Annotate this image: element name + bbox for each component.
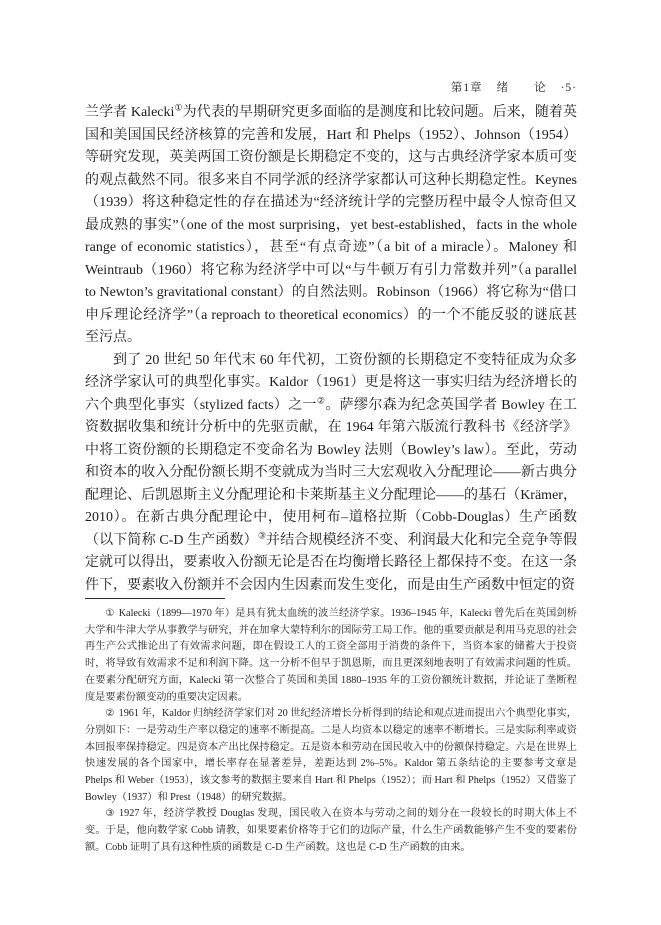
chapter-title: 绪 论: [497, 82, 547, 94]
body-paragraph-2: 到了 20 世纪 50 年代末 60 年代初，工资份额的长期稳定不变特征成为众多…: [85, 350, 577, 598]
footnotes-block: ①Kalecki（1899—1970 年）是具有犹太血统的波兰经济学家。1936…: [85, 606, 577, 857]
body-paragraph-1: 兰学者 Kalecki①为代表的早期研究更多面临的是测度和比较问题。后来，随着英…: [85, 102, 577, 350]
footnote-separator: [85, 598, 225, 599]
footnote-3: ③1927 年，经济学教授 Douglas 发现，国民收入在资本与劳动之间的划分…: [85, 806, 577, 856]
footnote-2-text: 1961 年，Kaldor 归纳经济学家们对 20 世纪经济增长分析得到的结论和…: [85, 708, 577, 803]
running-header: 第1章绪 论·5·: [85, 79, 577, 95]
footnote-2: ②1961 年，Kaldor 归纳经济学家们对 20 世纪经济增长分析得到的结论…: [85, 706, 577, 806]
footnote-1: ①Kalecki（1899—1970 年）是具有犹太血统的波兰经济学家。1936…: [85, 606, 577, 706]
book-page: 第1章绪 论·5· 兰学者 Kalecki①为代表的早期研究更多面临的是测度和比…: [0, 0, 661, 925]
body-text-block: 兰学者 Kalecki①为代表的早期研究更多面临的是测度和比较问题。后来，随着英…: [85, 102, 577, 597]
footnote-3-text: 1927 年，经济学教授 Douglas 发现，国民收入在资本与劳动之间的划分在…: [85, 808, 577, 852]
footnote-2-marker: ②: [105, 708, 118, 719]
footnote-1-marker: ①: [105, 608, 118, 619]
page-number: ·5·: [561, 82, 577, 94]
footnote-3-marker: ③: [105, 808, 119, 819]
chapter-label: 第1章: [451, 82, 483, 94]
footnote-1-text: Kalecki（1899—1970 年）是具有犹太血统的波兰经济学家。1936–…: [85, 608, 577, 703]
